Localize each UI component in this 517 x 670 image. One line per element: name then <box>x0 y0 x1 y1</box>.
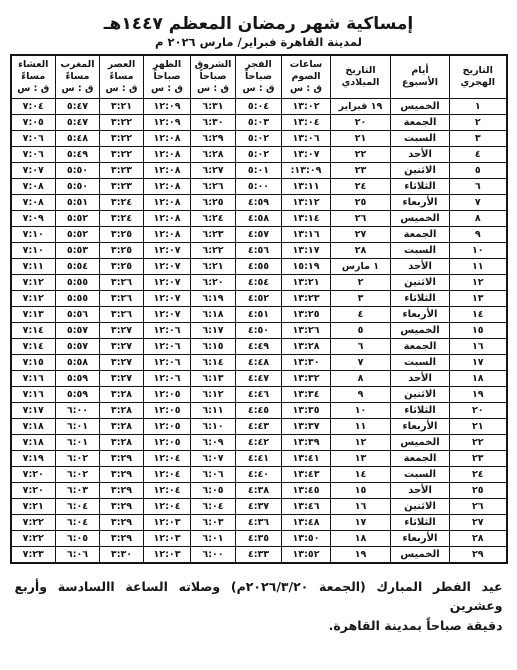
cell-asr: ٣:٢٤ <box>100 195 144 211</box>
cell-sunrise: ٦:٠١ <box>191 531 236 547</box>
page-subtitle: لمدينة القاهرة فبراير/ مارس ٢٠٢٦ م <box>0 35 517 49</box>
table-row: ١٧السبت٧١٣:٣٠٤:٤٨٦:١٤١٢:٠٦٣:٢٧٥:٥٨٧:١٥ <box>11 355 507 371</box>
cell-asr: ٣:٢٦ <box>100 307 144 323</box>
cell-greg: ٢٢ <box>331 147 391 163</box>
table-row: ٢٧الثلاثاء١٧١٣:٤٨٤:٣٦٦:٠٣١٢:٠٣٣:٢٩٦:٠٤٧:… <box>11 515 507 531</box>
cell-fast: ١٣:٣٩ <box>282 435 331 451</box>
cell-dhuhr: ١٢:٠٦ <box>144 323 191 339</box>
cell-fajr: ٥:٠١ <box>236 163 282 179</box>
cell-fast: ١٣:١٦ <box>282 227 331 243</box>
cell-hijri: ٩ <box>450 227 507 243</box>
cell-fajr: ٤:٥٧ <box>236 227 282 243</box>
cell-maghrib: ٥:٤٧ <box>56 115 100 131</box>
cell-dhuhr: ١٢:٠٨ <box>144 179 191 195</box>
cell-isha: ٧:٢٢ <box>11 531 56 547</box>
cell-day: الثلاثاء <box>391 403 450 419</box>
cell-maghrib: ٥:٥٨ <box>56 355 100 371</box>
cell-asr: ٣:٢٨ <box>100 435 144 451</box>
cell-isha: ٧:٠٦ <box>11 131 56 147</box>
cell-maghrib: ٦:٠٥ <box>56 531 100 547</box>
timetable-body: ١الخميس١٩ فبراير١٣:٠٢٥:٠٤٦:٣١١٢:٠٩٣:٢١٥:… <box>11 99 507 564</box>
cell-maghrib: ٥:٥٥ <box>56 291 100 307</box>
cell-fast: ١٣:٤٣ <box>282 467 331 483</box>
cell-fajr: ٤:٥٤ <box>236 275 282 291</box>
cell-hijri: ١٨ <box>450 371 507 387</box>
cell-greg: ١٩ <box>331 547 391 564</box>
cell-asr: ٣:٢٩ <box>100 499 144 515</box>
cell-asr: ٣:٢٨ <box>100 419 144 435</box>
cell-sunrise: ٦:١٧ <box>191 323 236 339</box>
cell-isha: ٧:٢٢ <box>11 515 56 531</box>
cell-asr: ٣:٢٢ <box>100 131 144 147</box>
cell-sunrise: ٦:٢٠ <box>191 275 236 291</box>
cell-isha: ٧:١٨ <box>11 435 56 451</box>
cell-fajr: ٤:٥١ <box>236 307 282 323</box>
cell-greg: ١٤ <box>331 467 391 483</box>
cell-fast: ١٣:٣٢ <box>282 371 331 387</box>
cell-fast: ١٣:٤٥ <box>282 483 331 499</box>
cell-maghrib: ٥:٥٠ <box>56 163 100 179</box>
cell-isha: ٧:١٢ <box>11 291 56 307</box>
table-row: ١٨الأحد٨١٣:٣٢٤:٤٧٦:١٣١٢:٠٦٣:٢٧٥:٥٩٧:١٦ <box>11 371 507 387</box>
cell-greg: ١٧ <box>331 515 391 531</box>
cell-sunrise: ٦:١١ <box>191 403 236 419</box>
cell-isha: ٧:١٧ <box>11 403 56 419</box>
cell-greg: ١٢ <box>331 435 391 451</box>
cell-hijri: ٢٦ <box>450 499 507 515</box>
imsakiya-sheet: إمساكية شهر رمضان المعظم ١٤٤٧هـ لمدينة ا… <box>0 0 517 670</box>
cell-day: الأحد <box>391 483 450 499</box>
cell-sunrise: ٦:٢٧ <box>191 163 236 179</box>
cell-greg: ٩ <box>331 387 391 403</box>
cell-hijri: ٦ <box>450 179 507 195</box>
cell-sunrise: ٦:٠٣ <box>191 515 236 531</box>
cell-fast: ١٣:١٧ <box>282 243 331 259</box>
cell-dhuhr: ١٢:٠٤ <box>144 483 191 499</box>
cell-dhuhr: ١٢:٠٦ <box>144 355 191 371</box>
cell-isha: ٧:١٠ <box>11 227 56 243</box>
table-row: ١٩الاثنين٩١٣:٣٤٤:٤٦٦:١٢١٢:٠٥٣:٢٨٥:٥٩٧:١٦ <box>11 387 507 403</box>
cell-greg: ٢ <box>331 275 391 291</box>
cell-dhuhr: ١٢:٠٥ <box>144 435 191 451</box>
timetable-header: التاريخالهجريأيامالأسبوعالتاريخالميلاديس… <box>11 55 507 98</box>
cell-dhuhr: ١٢:٠٣ <box>144 515 191 531</box>
cell-maghrib: ٦:٠٤ <box>56 499 100 515</box>
table-row: ٩الجمعة٢٧١٣:١٦٤:٥٧٦:٢٣١٢:٠٨٣:٢٥٥:٥٢٧:١٠ <box>11 227 507 243</box>
table-row: ٢٣الجمعة١٣١٣:٤١٤:٤١٦:٠٧١٢:٠٤٣:٢٩٦:٠٢٧:١٩ <box>11 451 507 467</box>
table-row: ٢٦الاثنين١٦١٣:٤٦٤:٣٧٦:٠٤١٢:٠٤٣:٢٩٦:٠٤٧:٢… <box>11 499 507 515</box>
cell-asr: ٣:٢٧ <box>100 355 144 371</box>
cell-maghrib: ٥:٥٤ <box>56 259 100 275</box>
cell-greg: ٦ <box>331 339 391 355</box>
cell-greg: ٣ <box>331 291 391 307</box>
cell-dhuhr: ١٢:٠٨ <box>144 227 191 243</box>
cell-dhuhr: ١٢:٠٧ <box>144 307 191 323</box>
cell-dhuhr: ١٢:٠٤ <box>144 467 191 483</box>
cell-day: السبت <box>391 131 450 147</box>
table-row: ٢٤السبت١٤١٣:٤٣٤:٤٠٦:٠٦١٢:٠٤٣:٢٩٦:٠٢٧:٢٠ <box>11 467 507 483</box>
cell-maghrib: ٦:٠٢ <box>56 451 100 467</box>
cell-day: السبت <box>391 355 450 371</box>
cell-maghrib: ٦:٠٣ <box>56 483 100 499</box>
cell-greg: ٨ <box>331 371 391 387</box>
cell-fast: ١٣:٢٣ <box>282 291 331 307</box>
cell-asr: ٣:٢٥ <box>100 259 144 275</box>
cell-maghrib: ٦:٠٤ <box>56 515 100 531</box>
cell-fajr: ٤:٤٣ <box>236 419 282 435</box>
table-row: ٦الثلاثاء٢٤١٣:١١٥:٠٠٦:٢٦١٢:٠٨٣:٢٣٥:٥٠٧:٠… <box>11 179 507 195</box>
cell-dhuhr: ١٢:٠٧ <box>144 275 191 291</box>
cell-sunrise: ٦:٢٢ <box>191 243 236 259</box>
cell-day: الثلاثاء <box>391 515 450 531</box>
cell-hijri: ٨ <box>450 211 507 227</box>
table-row: ٢٠الثلاثاء١٠١٣:٣٥٤:٤٥٦:١١١٢:٠٥٣:٢٨٦:٠٠٧:… <box>11 403 507 419</box>
cell-isha: ٧:١٥ <box>11 355 56 371</box>
cell-greg: ١١ <box>331 419 391 435</box>
table-row: ٧الأربعاء٢٥١٣:١٢٤:٥٩٦:٢٥١٢:٠٨٣:٢٤٥:٥١٧:٠… <box>11 195 507 211</box>
cell-fast: ١٣:٢٨ <box>282 339 331 355</box>
cell-dhuhr: ١٢:٠٩ <box>144 115 191 131</box>
cell-day: الجمعة <box>391 451 450 467</box>
cell-day: الخميس <box>391 435 450 451</box>
cell-sunrise: ٦:٢٦ <box>191 179 236 195</box>
cell-asr: ٣:٢٥ <box>100 227 144 243</box>
cell-fajr: ٤:٣٦ <box>236 515 282 531</box>
cell-day: السبت <box>391 467 450 483</box>
cell-dhuhr: ١٢:٠٩ <box>144 99 191 115</box>
table-row: ١الخميس١٩ فبراير١٣:٠٢٥:٠٤٦:٣١١٢:٠٩٣:٢١٥:… <box>11 99 507 115</box>
cell-maghrib: ٦:٠١ <box>56 435 100 451</box>
column-header-isha: العشاءمساءًق : س <box>11 55 56 98</box>
column-header-sunrise: الشروقصباحاًق : س <box>191 55 236 98</box>
cell-sunrise: ٦:١٣ <box>191 371 236 387</box>
cell-sunrise: ٦:١٨ <box>191 307 236 323</box>
cell-asr: ٣:٢٧ <box>100 371 144 387</box>
cell-isha: ٧:٠٨ <box>11 195 56 211</box>
cell-sunrise: ٦:٣٠ <box>191 115 236 131</box>
cell-hijri: ٧ <box>450 195 507 211</box>
cell-hijri: ٢٨ <box>450 531 507 547</box>
cell-asr: ٣:٢٩ <box>100 451 144 467</box>
cell-sunrise: ٦:٠٥ <box>191 483 236 499</box>
cell-dhuhr: ١٢:٠٥ <box>144 403 191 419</box>
cell-fajr: ٤:٤٩ <box>236 339 282 355</box>
cell-hijri: ٤ <box>450 147 507 163</box>
cell-day: السبت <box>391 243 450 259</box>
table-row: ٥الاثنين٢٣١٣:٠٩:٥:٠١٦:٢٧١٢:٠٨٣:٢٣٥:٥٠٧:٠… <box>11 163 507 179</box>
cell-sunrise: ٦:١٢ <box>191 387 236 403</box>
cell-isha: ٧:١١ <box>11 259 56 275</box>
table-row: ١٣الثلاثاء٣١٣:٢٣٤:٥٢٦:١٩١٢:٠٧٣:٢٦٥:٥٥٧:١… <box>11 291 507 307</box>
table-row: ٢الجمعة٢٠١٣:٠٤٥:٠٣٦:٣٠١٢:٠٩٣:٢٢٥:٤٧٧:٠٥ <box>11 115 507 131</box>
cell-asr: ٣:٢٢ <box>100 147 144 163</box>
cell-asr: ٣:٢٢ <box>100 115 144 131</box>
cell-fajr: ٤:٥٦ <box>236 243 282 259</box>
table-row: ٢١الأربعاء١١١٣:٣٧٤:٤٣٦:١٠١٢:٠٥٣:٢٨٦:٠١٧:… <box>11 419 507 435</box>
cell-sunrise: ٦:٢١ <box>191 259 236 275</box>
cell-day: الاثنين <box>391 163 450 179</box>
table-row: ١٤الأربعاء٤١٣:٢٥٤:٥١٦:١٨١٢:٠٧٣:٢٦٥:٥٦٧:١… <box>11 307 507 323</box>
cell-fast: ١٣:٤٦ <box>282 499 331 515</box>
cell-asr: ٣:٢٦ <box>100 275 144 291</box>
cell-hijri: ١٣ <box>450 291 507 307</box>
header-row: التاريخالهجريأيامالأسبوعالتاريخالميلاديس… <box>11 55 507 98</box>
table-row: ١١الأحد١ مارس١٥:١٩٤:٥٥٦:٢١١٢:٠٧٣:٢٥٥:٥٤٧… <box>11 259 507 275</box>
cell-isha: ٧:١٠ <box>11 243 56 259</box>
cell-fajr: ٤:٤٦ <box>236 387 282 403</box>
cell-sunrise: ٦:٢٩ <box>191 131 236 147</box>
cell-fast: ١٣:١١ <box>282 179 331 195</box>
cell-fast: ١٣:٢١ <box>282 275 331 291</box>
cell-asr: ٣:٢٩ <box>100 467 144 483</box>
cell-fast: ١٣:٣٥ <box>282 403 331 419</box>
cell-fajr: ٥:٠٤ <box>236 99 282 115</box>
cell-day: الخميس <box>391 547 450 564</box>
cell-dhuhr: ١٢:٠٤ <box>144 499 191 515</box>
cell-greg: ١٩ فبراير <box>331 99 391 115</box>
cell-fast: ١٣:٤١ <box>282 451 331 467</box>
table-row: ٣السبت٢١١٣:٠٦٥:٠٢٦:٢٩١٢:٠٨٣:٢٢٥:٤٨٧:٠٦ <box>11 131 507 147</box>
table-row: ٤الأحد٢٢١٣:٠٧٥:٠٢٦:٢٨١٢:٠٨٣:٢٢٥:٤٩٧:٠٦ <box>11 147 507 163</box>
cell-maghrib: ٦:٠١ <box>56 419 100 435</box>
cell-greg: ٢٤ <box>331 179 391 195</box>
cell-greg: ١٥ <box>331 483 391 499</box>
cell-isha: ٧:٠٨ <box>11 179 56 195</box>
cell-greg: ١٨ <box>331 531 391 547</box>
cell-fajr: ٥:٠٠ <box>236 179 282 195</box>
cell-greg: ٢١ <box>331 131 391 147</box>
cell-dhuhr: ١٢:٠٦ <box>144 371 191 387</box>
cell-greg: ٢٣ <box>331 163 391 179</box>
column-header-dhuhr: الظهرصباحاًق : س <box>144 55 191 98</box>
cell-asr: ٣:٢٣ <box>100 179 144 195</box>
cell-sunrise: ٦:٢٤ <box>191 211 236 227</box>
cell-fast: ١٣:١٢ <box>282 195 331 211</box>
cell-day: الأحد <box>391 371 450 387</box>
cell-fast: ١٣:٢٥ <box>282 307 331 323</box>
cell-hijri: ٣ <box>450 131 507 147</box>
cell-fajr: ٤:٤٥ <box>236 403 282 419</box>
table-row: ١٥الخميس٥١٣:٢٦٤:٥٠٦:١٧١٢:٠٦٣:٢٧٥:٥٧٧:١٤ <box>11 323 507 339</box>
column-header-greg: التاريخالميلادي <box>331 55 391 98</box>
cell-maghrib: ٦:٠٦ <box>56 547 100 564</box>
cell-fast: ١٣:٠٦ <box>282 131 331 147</box>
cell-maghrib: ٥:٤٨ <box>56 131 100 147</box>
cell-fajr: ٥:٠٢ <box>236 131 282 147</box>
cell-dhuhr: ١٢:٠٥ <box>144 387 191 403</box>
cell-greg: ٧ <box>331 355 391 371</box>
cell-isha: ٧:١٦ <box>11 371 56 387</box>
cell-fajr: ٤:٣٨ <box>236 483 282 499</box>
cell-fajr: ٤:٤٧ <box>236 371 282 387</box>
cell-maghrib: ٥:٥٢ <box>56 227 100 243</box>
cell-asr: ٣:٢٨ <box>100 387 144 403</box>
cell-hijri: ٢٤ <box>450 467 507 483</box>
cell-isha: ٧:٢٠ <box>11 483 56 499</box>
cell-sunrise: ٦:١٥ <box>191 339 236 355</box>
column-header-hijri: التاريخالهجري <box>450 55 507 98</box>
cell-day: الخميس <box>391 323 450 339</box>
cell-isha: ٧:٠٩ <box>11 211 56 227</box>
table-row: ٨الخميس٢٦١٣:١٤٤:٥٨٦:٢٤١٢:٠٨٣:٢٤٥:٥٢٧:٠٩ <box>11 211 507 227</box>
cell-asr: ٣:٢٩ <box>100 483 144 499</box>
cell-fast: ١٣:٣٠ <box>282 355 331 371</box>
cell-dhuhr: ١٢:٠٧ <box>144 291 191 307</box>
cell-fajr: ٤:٣٥ <box>236 531 282 547</box>
cell-hijri: ١٦ <box>450 339 507 355</box>
cell-hijri: ٢١ <box>450 419 507 435</box>
cell-day: الجمعة <box>391 227 450 243</box>
cell-sunrise: ٦:٢٣ <box>191 227 236 243</box>
cell-dhuhr: ١٢:٠٣ <box>144 531 191 547</box>
cell-fast: ١٣:٣٤ <box>282 387 331 403</box>
cell-maghrib: ٥:٥٧ <box>56 323 100 339</box>
eid-note-line1: عيد الفطر المبارك (الجمعة ٢٠٢٦/٣/٢٠م) وص… <box>15 577 503 616</box>
cell-isha: ٧:١٦ <box>11 387 56 403</box>
cell-maghrib: ٥:٥٠ <box>56 179 100 195</box>
cell-fast: ١٥:١٩ <box>282 259 331 275</box>
table-row: ١٦الجمعة٦١٣:٢٨٤:٤٩٦:١٥١٢:٠٦٣:٢٧٥:٥٧٧:١٤ <box>11 339 507 355</box>
cell-greg: ١٣ <box>331 451 391 467</box>
cell-hijri: ٢٠ <box>450 403 507 419</box>
cell-fajr: ٤:٣٧ <box>236 499 282 515</box>
page-title: إمساكية شهر رمضان المعظم ١٤٤٧هـ <box>0 0 517 34</box>
cell-fast: ١٣:٣٧ <box>282 419 331 435</box>
cell-fajr: ٤:٣٣ <box>236 547 282 564</box>
cell-fast: ١٣:٠٤ <box>282 115 331 131</box>
cell-hijri: ١ <box>450 99 507 115</box>
cell-hijri: ١٤ <box>450 307 507 323</box>
eid-note-line2: دقيقة صباحاً بمدينة القاهرة. <box>15 616 503 635</box>
table-row: ١٠السبت٢٨١٣:١٧٤:٥٦٦:٢٢١٢:٠٧٣:٢٥٥:٥٣٧:١٠ <box>11 243 507 259</box>
cell-greg: ٤ <box>331 307 391 323</box>
cell-isha: ٧:٠٧ <box>11 163 56 179</box>
cell-dhuhr: ١٢:٠٥ <box>144 419 191 435</box>
cell-isha: ٧:١٨ <box>11 419 56 435</box>
ramadan-timetable: التاريخالهجريأيامالأسبوعالتاريخالميلاديس… <box>10 54 508 564</box>
table-row: ٢٢الخميس١٢١٣:٣٩٤:٤٢٦:٠٩١٢:٠٥٣:٢٨٦:٠١٧:١٨ <box>11 435 507 451</box>
cell-sunrise: ٦:٠٧ <box>191 451 236 467</box>
cell-day: الأربعاء <box>391 307 450 323</box>
cell-dhuhr: ١٢:٠٧ <box>144 243 191 259</box>
cell-isha: ٧:١٤ <box>11 323 56 339</box>
column-header-day: أيامالأسبوع <box>391 55 450 98</box>
cell-isha: ٧:١٤ <box>11 339 56 355</box>
cell-sunrise: ٦:١٠ <box>191 419 236 435</box>
cell-fast: ١٣:٢٦ <box>282 323 331 339</box>
cell-fajr: ٤:٤١ <box>236 451 282 467</box>
cell-isha: ٧:٢٣ <box>11 547 56 564</box>
cell-greg: ٢٥ <box>331 195 391 211</box>
cell-asr: ٣:٣٠ <box>100 547 144 564</box>
cell-asr: ٣:٢٩ <box>100 531 144 547</box>
cell-hijri: ٢٧ <box>450 515 507 531</box>
cell-asr: ٣:٢٧ <box>100 339 144 355</box>
cell-sunrise: ٦:٣١ <box>191 99 236 115</box>
cell-asr: ٣:٢٩ <box>100 515 144 531</box>
cell-greg: ٢٨ <box>331 243 391 259</box>
cell-dhuhr: ١٢:٠٨ <box>144 147 191 163</box>
cell-hijri: ١٠ <box>450 243 507 259</box>
cell-fast: ١٣:٠٧ <box>282 147 331 163</box>
cell-asr: ٣:٢٦ <box>100 291 144 307</box>
cell-fajr: ٥:٠٢ <box>236 147 282 163</box>
cell-sunrise: ٦:٠٦ <box>191 467 236 483</box>
cell-dhuhr: ١٢:٠٨ <box>144 195 191 211</box>
cell-day: الجمعة <box>391 339 450 355</box>
cell-isha: ٧:١٢ <box>11 275 56 291</box>
cell-day: الخميس <box>391 211 450 227</box>
cell-fajr: ٥:٠٣ <box>236 115 282 131</box>
cell-fast: ١٣:٥٠ <box>282 531 331 547</box>
cell-maghrib: ٥:٤٧ <box>56 99 100 115</box>
cell-greg: ٢٦ <box>331 211 391 227</box>
cell-maghrib: ٥:٥٢ <box>56 211 100 227</box>
cell-dhuhr: ١٢:٠٧ <box>144 259 191 275</box>
column-header-fast: ساعاتالصومق : س <box>282 55 331 98</box>
cell-sunrise: ٦:١٩ <box>191 291 236 307</box>
table-row: ١٢الاثنين٢١٣:٢١٤:٥٤٦:٢٠١٢:٠٧٣:٢٦٥:٥٥٧:١٢ <box>11 275 507 291</box>
cell-hijri: ١٩ <box>450 387 507 403</box>
cell-dhuhr: ١٢:٠٣ <box>144 547 191 564</box>
cell-hijri: ٢٣ <box>450 451 507 467</box>
cell-hijri: ٥ <box>450 163 507 179</box>
cell-day: الأحد <box>391 147 450 163</box>
cell-dhuhr: ١٢:٠٨ <box>144 211 191 227</box>
cell-day: الجمعة <box>391 115 450 131</box>
cell-maghrib: ٥:٤٩ <box>56 147 100 163</box>
cell-maghrib: ٦:٠٠ <box>56 403 100 419</box>
cell-fast: ١٣:٠٩: <box>282 163 331 179</box>
cell-dhuhr: ١٢:٠٤ <box>144 451 191 467</box>
cell-isha: ٧:٠٤ <box>11 99 56 115</box>
cell-hijri: ١٥ <box>450 323 507 339</box>
cell-greg: ٢٧ <box>331 227 391 243</box>
cell-sunrise: ٦:٠٩ <box>191 435 236 451</box>
cell-day: الأحد <box>391 259 450 275</box>
cell-fajr: ٤:٤٠ <box>236 467 282 483</box>
cell-asr: ٣:٢٧ <box>100 323 144 339</box>
cell-fast: ١٣:٥٢ <box>282 547 331 564</box>
column-header-asr: العصرمساءًق : س <box>100 55 144 98</box>
cell-asr: ٣:٢١ <box>100 99 144 115</box>
cell-sunrise: ٦:١٤ <box>191 355 236 371</box>
eid-note: عيد الفطر المبارك (الجمعة ٢٠٢٦/٣/٢٠م) وص… <box>15 577 503 635</box>
cell-fajr: ٤:٥٥ <box>236 259 282 275</box>
cell-maghrib: ٥:٥٩ <box>56 387 100 403</box>
table-row: ٢٥الأحد١٥١٣:٤٥٤:٣٨٦:٠٥١٢:٠٤٣:٢٩٦:٠٣٧:٢٠ <box>11 483 507 499</box>
cell-asr: ٣:٢٨ <box>100 403 144 419</box>
cell-greg: ١٠ <box>331 403 391 419</box>
column-header-fajr: الفجرصباحاًق : س <box>236 55 282 98</box>
cell-fast: ١٣:٤٨ <box>282 515 331 531</box>
cell-fajr: ٤:٤٨ <box>236 355 282 371</box>
cell-sunrise: ٦:٢٥ <box>191 195 236 211</box>
cell-dhuhr: ١٢:٠٨ <box>144 163 191 179</box>
cell-isha: ٧:٢٠ <box>11 467 56 483</box>
cell-maghrib: ٥:٥١ <box>56 195 100 211</box>
cell-maghrib: ٥:٥٦ <box>56 307 100 323</box>
cell-hijri: ٢ <box>450 115 507 131</box>
cell-sunrise: ٦:٢٨ <box>191 147 236 163</box>
cell-maghrib: ٥:٥٥ <box>56 275 100 291</box>
cell-sunrise: ٦:٠٠ <box>191 547 236 564</box>
cell-isha: ٧:١٣ <box>11 307 56 323</box>
cell-greg: ١٦ <box>331 499 391 515</box>
cell-maghrib: ٥:٥٩ <box>56 371 100 387</box>
cell-fajr: ٤:٥٨ <box>236 211 282 227</box>
cell-greg: ٢٠ <box>331 115 391 131</box>
